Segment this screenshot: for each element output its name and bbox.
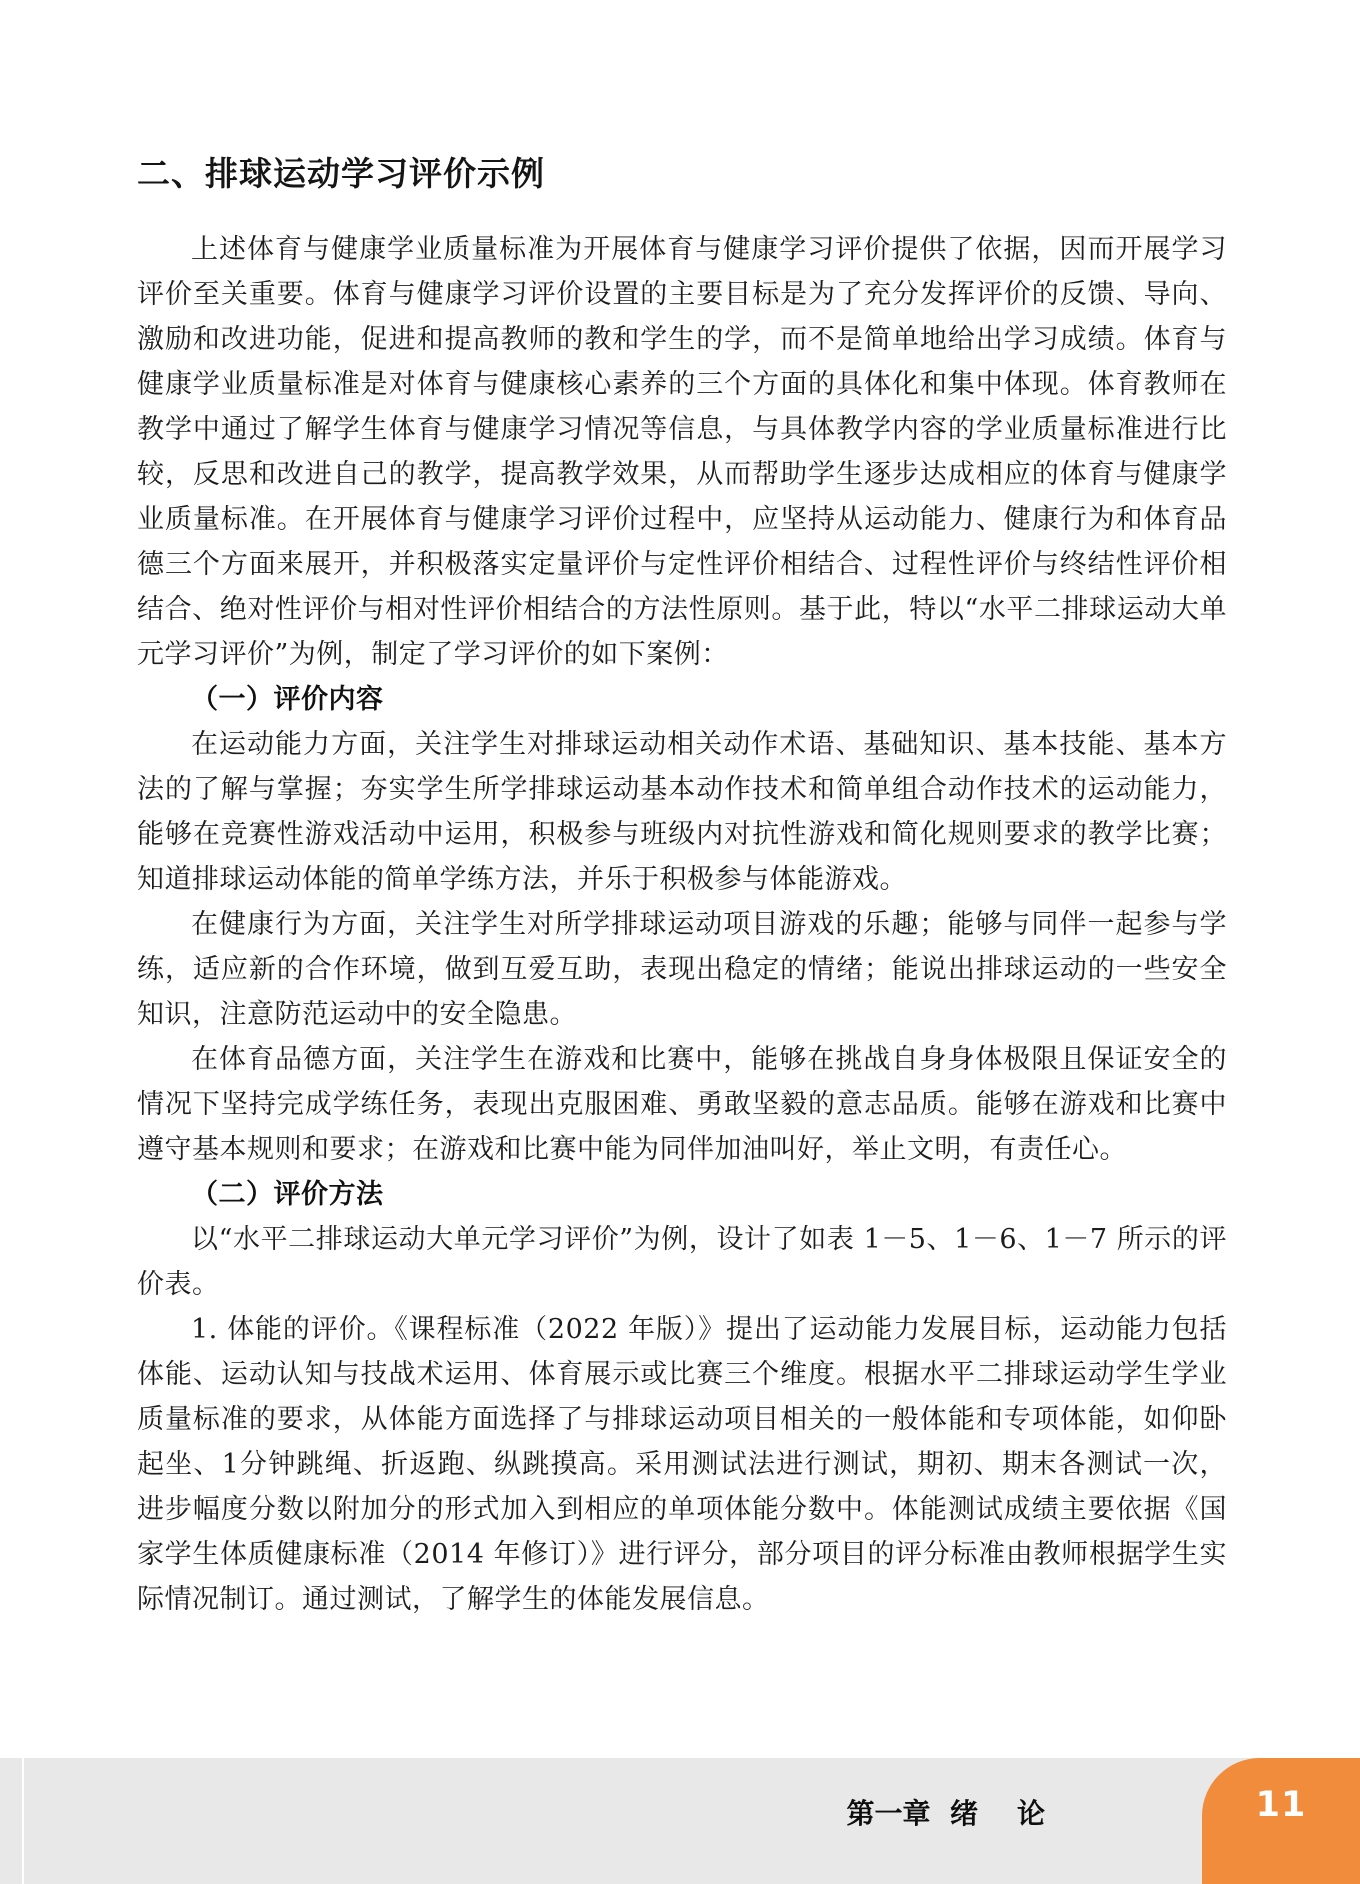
footer-edge-divider <box>22 1758 24 1884</box>
footer-chapter-title: 第一章 绪 论 <box>847 1792 1046 1832</box>
body-paragraph: 1. 体能的评价。《课程标准（2022 年版）》提出了运动能力发展目标，运动能力… <box>137 1307 1227 1622</box>
body-paragraph: 以“水平二排球运动大单元学习评价”为例，设计了如表 1－5、1－6、1－7 所示… <box>137 1217 1227 1307</box>
body-paragraph: 在健康行为方面，关注学生对所学排球运动项目游戏的乐趣；能够与同伴一起参与学练，适… <box>137 902 1227 1037</box>
section-title: 二、排球运动学习评价示例 <box>137 148 1227 195</box>
body-paragraph: 在体育品德方面，关注学生在游戏和比赛中，能够在挑战自身身体极限且保证安全的情况下… <box>137 1037 1227 1172</box>
body-paragraph: 上述体育与健康学业质量标准为开展体育与健康学习评价提供了依据，因而开展学习评价至… <box>137 227 1227 677</box>
page-content: 二、排球运动学习评价示例 上述体育与健康学业质量标准为开展体育与健康学习评价提供… <box>137 148 1227 1622</box>
page-number: 11 <box>1202 1785 1360 1825</box>
page-number-tab: 11 <box>1202 1758 1360 1884</box>
section-subheading: （二）评价方法 <box>137 1172 1227 1217</box>
footer-band: 第一章 绪 论 <box>0 1758 1360 1884</box>
book-page: 二、排球运动学习评价示例 上述体育与健康学业质量标准为开展体育与健康学习评价提供… <box>0 0 1360 1884</box>
section-subheading: （一）评价内容 <box>137 677 1227 722</box>
body-paragraph: 在运动能力方面，关注学生对排球运动相关动作术语、基础知识、基本技能、基本方法的了… <box>137 722 1227 902</box>
body-text: 上述体育与健康学业质量标准为开展体育与健康学习评价提供了依据，因而开展学习评价至… <box>137 227 1227 1622</box>
